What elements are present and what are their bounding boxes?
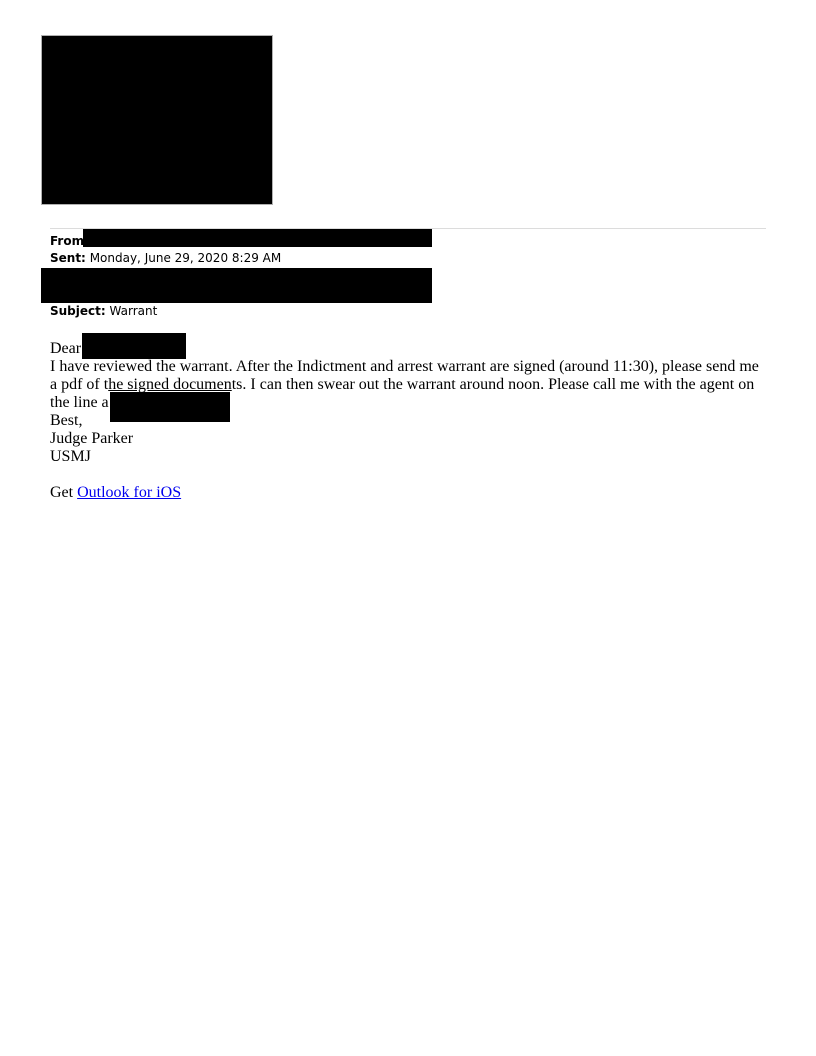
subject-label: Subject: [50, 304, 106, 318]
footer-line: Get Outlook for iOS [50, 484, 766, 502]
redacted-sender [83, 229, 432, 247]
redacted-logo-block [41, 35, 273, 205]
subject-line: Subject: Warrant [50, 304, 157, 319]
outlook-for-ios-link[interactable]: Outlook for iOS [77, 484, 181, 501]
spacer [50, 466, 766, 484]
sent-label: Sent: [50, 251, 86, 265]
sent-value: Monday, June 29, 2020 8:29 AM [90, 251, 282, 265]
redacted-phone-number [110, 392, 230, 422]
redacted-recipients [41, 268, 432, 303]
signature-name: Judge Parker [50, 430, 766, 448]
from-label: From [50, 234, 84, 248]
footer-prefix: Get [50, 484, 77, 501]
signature-title: USMJ [50, 448, 766, 466]
redacted-recipient-name [82, 333, 186, 359]
sent-line: Sent: Monday, June 29, 2020 8:29 AM [50, 251, 281, 266]
subject-value: Warrant [110, 304, 158, 318]
body-text-underlined: he signed documen [108, 376, 232, 393]
from-line: From [50, 234, 84, 249]
